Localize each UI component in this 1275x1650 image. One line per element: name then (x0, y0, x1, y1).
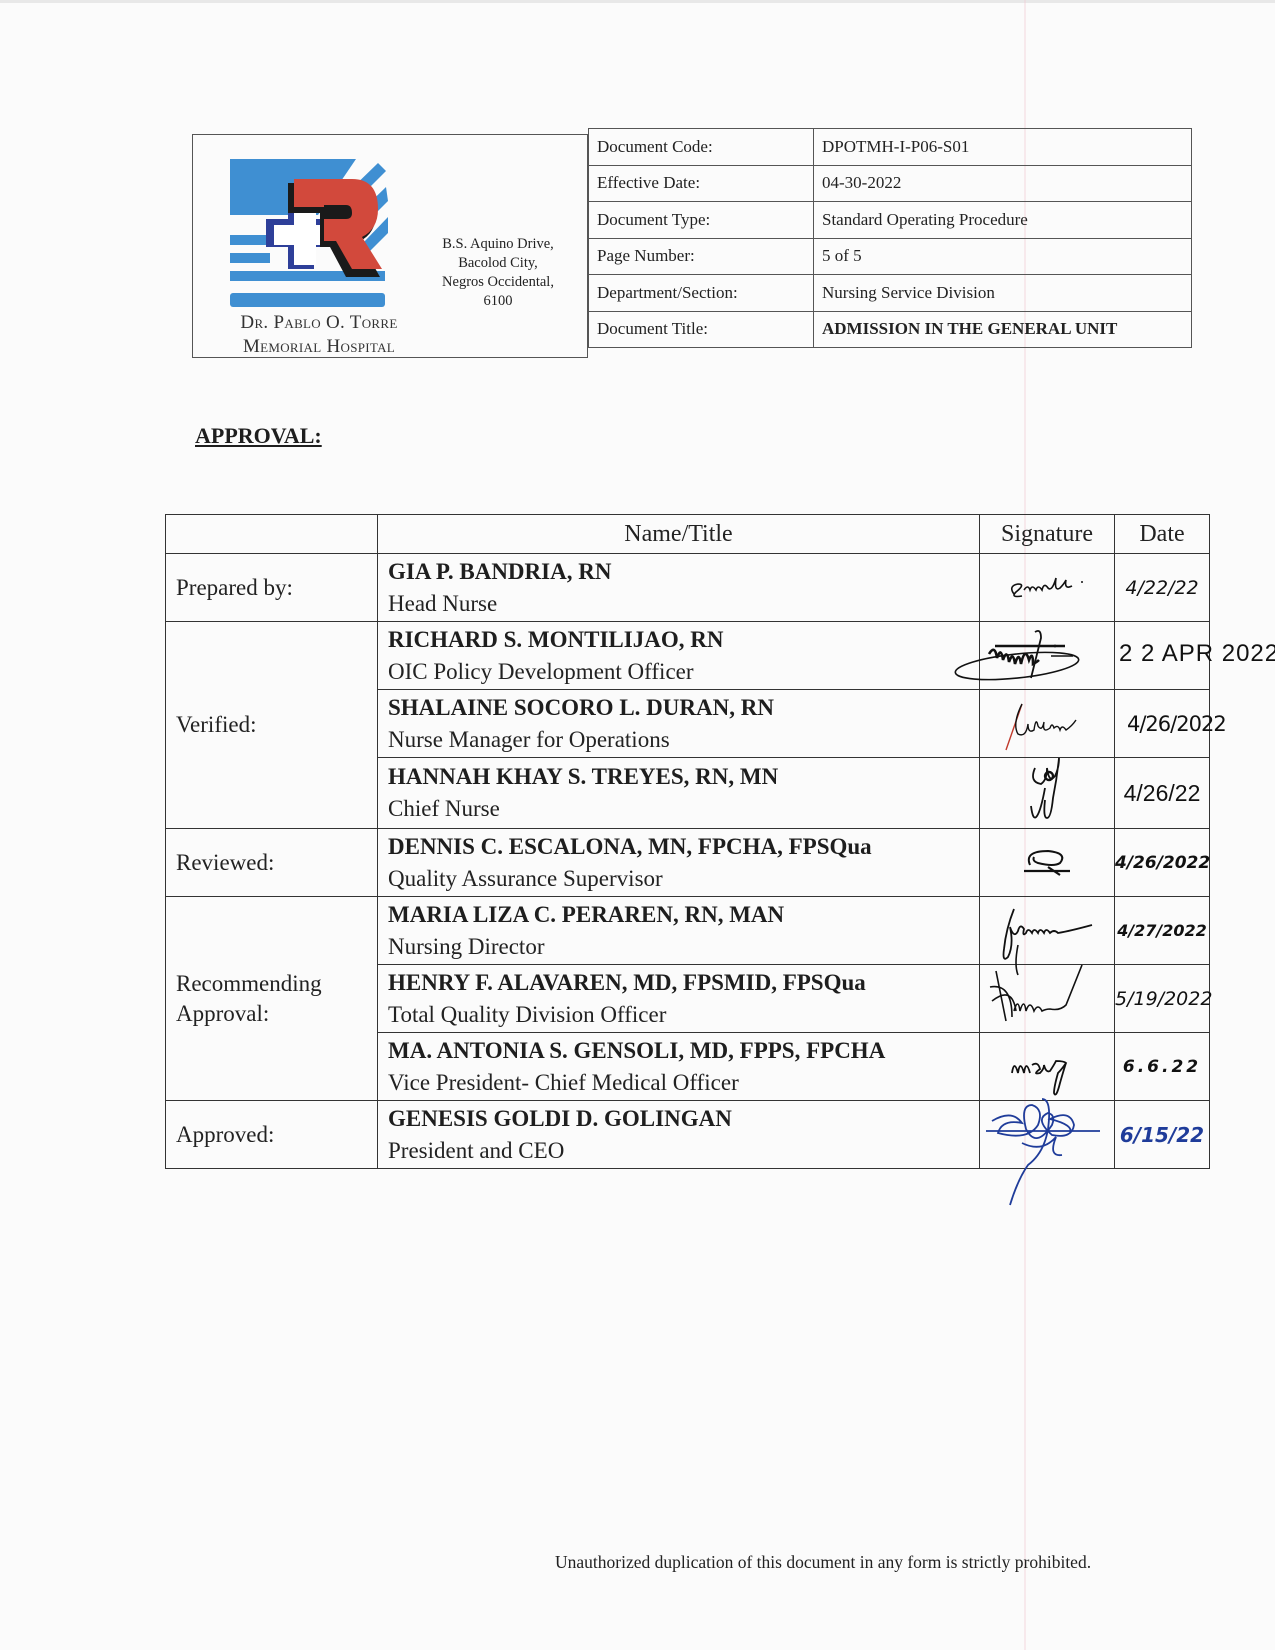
signatory-title: Head Nurse (388, 588, 979, 620)
address-line: Negros Occidental, (418, 273, 578, 292)
meta-row: Page Number: 5 of 5 (589, 238, 1192, 275)
document-type: Standard Operating Procedure (814, 202, 1192, 239)
date-cell: 4/22/22 (1115, 554, 1210, 622)
date-cell: 5/19/2022 (1115, 965, 1210, 1033)
signature-cell (980, 554, 1115, 622)
role-recommending-approval: Recommending Approval: (166, 897, 378, 1101)
meta-label: Page Number: (589, 238, 814, 275)
address-line: 6100 (418, 292, 578, 311)
address-line: B.S. Aquino Drive, (418, 235, 578, 254)
document-meta-table: Document Code: DPOTMH-I-P06-S01 Effectiv… (588, 128, 1192, 348)
role-reviewed: Reviewed: (166, 829, 378, 897)
role-approved: Approved: (166, 1101, 378, 1169)
signatory: RICHARD S. MONTILIJAO, RN OIC Policy Dev… (378, 622, 980, 690)
signatory: MARIA LIZA C. PERAREN, RN, MAN Nursing D… (378, 897, 980, 965)
date-cell: 6/15/22 (1115, 1101, 1210, 1169)
role-line: Recommending (176, 969, 377, 999)
signature-date: 4/26/2022 (1127, 712, 1226, 736)
signatory-name: GIA P. BANDRIA, RN (388, 556, 979, 588)
date-cell: 4/26/2022 (1115, 829, 1210, 897)
signatory-name: MA. ANTONIA S. GENSOLI, MD, FPPS, FPCHA (388, 1035, 979, 1067)
meta-label: Document Type: (589, 202, 814, 239)
signature-icon (982, 1095, 1112, 1205)
signature-date: 4/26/2022 (1115, 853, 1210, 873)
signature-cell (980, 897, 1115, 965)
role-prepared-by: Prepared by: (166, 554, 378, 622)
column-header-signature: Signature (980, 515, 1115, 554)
signature-icon (1002, 1039, 1092, 1094)
date-cell: 4/26/22 (1115, 758, 1210, 829)
signature-cell (980, 965, 1115, 1033)
table-row: Recommending Approval: MARIA LIZA C. PER… (166, 897, 1210, 965)
signatory-name: HANNAH KHAY S. TREYES, RN, MN (388, 761, 979, 793)
date-cell: 4/27/2022 (1115, 897, 1210, 965)
meta-row: Document Type: Standard Operating Proced… (589, 202, 1192, 239)
meta-row: Department/Section: Nursing Service Divi… (589, 275, 1192, 312)
signatory: DENNIS C. ESCALONA, MN, FPCHA, FPSQua Qu… (378, 829, 980, 897)
meta-label: Document Title: (589, 311, 814, 348)
signatory-name: GENESIS GOLDI D. GOLINGAN (388, 1103, 979, 1135)
document-title: ADMISSION IN THE GENERAL UNIT (814, 311, 1192, 348)
signatory-title: OIC Policy Development Officer (388, 656, 979, 688)
signatory: MA. ANTONIA S. GENSOLI, MD, FPPS, FPCHA … (378, 1033, 980, 1101)
date-cell: 4/26/2022 (1115, 690, 1210, 758)
signature-cell (980, 1101, 1115, 1169)
signatory-title: Nursing Director (388, 931, 979, 963)
signature-icon (1017, 758, 1077, 828)
scan-edge (0, 0, 1275, 3)
date-cell: 2 2 APR 2022 (1115, 622, 1210, 690)
signature-icon (1002, 568, 1092, 608)
signature-icon (982, 957, 1117, 1027)
department-section: Nursing Service Division (814, 275, 1192, 312)
signature-date-stamp: 2 2 APR 2022 (1119, 640, 1275, 668)
document-header: Dr. Pablo O. Torre Memorial Hospital B.S… (192, 128, 1192, 358)
table-row: Verified: RICHARD S. MONTILIJAO, RN OIC … (166, 622, 1210, 690)
hospital-logo-icon (228, 157, 388, 312)
signature-icon (955, 626, 1085, 686)
approval-header-row: Name/Title Signature Date (166, 515, 1210, 554)
signatory-title: President and CEO (388, 1135, 979, 1167)
signature-date: 4/27/2022 (1117, 921, 1207, 940)
table-row: Reviewed: DENNIS C. ESCALONA, MN, FPCHA,… (166, 829, 1210, 897)
signature-date: 4/26/22 (1124, 780, 1201, 806)
signature-date: 4/22/22 (1125, 577, 1198, 599)
table-row: Prepared by: GIA P. BANDRIA, RN Head Nur… (166, 554, 1210, 622)
signature-cell (980, 758, 1115, 829)
date-cell: 6.6.22 (1115, 1033, 1210, 1101)
signatory-name: HENRY F. ALAVAREN, MD, FPSMID, FPSQua (388, 967, 979, 999)
meta-label: Department/Section: (589, 275, 814, 312)
signatory: GENESIS GOLDI D. GOLINGAN President and … (378, 1101, 980, 1169)
meta-row: Document Title: ADMISSION IN THE GENERAL… (589, 311, 1192, 348)
hospital-name: Dr. Pablo O. Torre Memorial Hospital (209, 311, 429, 359)
signatory-name: DENNIS C. ESCALONA, MN, FPCHA, FPSQua (388, 831, 979, 863)
signatory: HENRY F. ALAVAREN, MD, FPSMID, FPSQua To… (378, 965, 980, 1033)
address-line: Bacolod City, (418, 254, 578, 273)
signatory-name: SHALAINE SOCORO L. DURAN, RN (388, 692, 979, 724)
approval-heading: APPROVAL: (195, 423, 322, 449)
logo-cell: Dr. Pablo O. Torre Memorial Hospital B.S… (192, 134, 588, 358)
table-row: Approved: GENESIS GOLDI D. GOLINGAN Pres… (166, 1101, 1210, 1169)
hospital-address: B.S. Aquino Drive, Bacolod City, Negros … (418, 235, 578, 311)
signature-cell (980, 829, 1115, 897)
signatory-title: Total Quality Division Officer (388, 999, 979, 1031)
meta-row: Effective Date: 04-30-2022 (589, 165, 1192, 202)
document-code: DPOTMH-I-P06-S01 (814, 129, 1192, 166)
signatory: GIA P. BANDRIA, RN Head Nurse (378, 554, 980, 622)
page-number: 5 of 5 (814, 238, 1192, 275)
signatory: HANNAH KHAY S. TREYES, RN, MN Chief Nurs… (378, 758, 980, 829)
role-line: Approval: (176, 999, 377, 1029)
column-header-date: Date (1115, 515, 1210, 554)
signature-cell (980, 1033, 1115, 1101)
signatory-title: Chief Nurse (388, 793, 979, 825)
signature-date: 6/15/22 (1120, 1123, 1204, 1147)
meta-row: Document Code: DPOTMH-I-P06-S01 (589, 129, 1192, 166)
hospital-name-line2: Memorial Hospital (209, 335, 429, 359)
meta-label: Document Code: (589, 129, 814, 166)
column-header-name-title: Name/Title (378, 515, 980, 554)
signatory-name: RICHARD S. MONTILIJAO, RN (388, 624, 979, 656)
signatory-title: Vice President- Chief Medical Officer (388, 1067, 979, 1099)
signature-date: 6.6.22 (1123, 1057, 1201, 1077)
signatory: SHALAINE SOCORO L. DURAN, RN Nurse Manag… (378, 690, 980, 758)
signature-icon (992, 694, 1102, 754)
signature-date: 5/19/2022 (1115, 988, 1212, 1010)
signature-cell (980, 690, 1115, 758)
column-header-role (166, 515, 378, 554)
meta-label: Effective Date: (589, 165, 814, 202)
signatory-name: MARIA LIZA C. PERAREN, RN, MAN (388, 899, 979, 931)
approval-table: Name/Title Signature Date Prepared by: G… (165, 514, 1210, 1169)
footer-notice: Unauthorized duplication of this documen… (555, 1552, 1091, 1573)
signatory-title: Nurse Manager for Operations (388, 724, 979, 756)
role-verified: Verified: (166, 622, 378, 829)
effective-date: 04-30-2022 (814, 165, 1192, 202)
signatory-title: Quality Assurance Supervisor (388, 863, 979, 895)
signature-icon (1012, 843, 1082, 883)
signature-cell (980, 622, 1115, 690)
hospital-name-line1: Dr. Pablo O. Torre (209, 311, 429, 335)
